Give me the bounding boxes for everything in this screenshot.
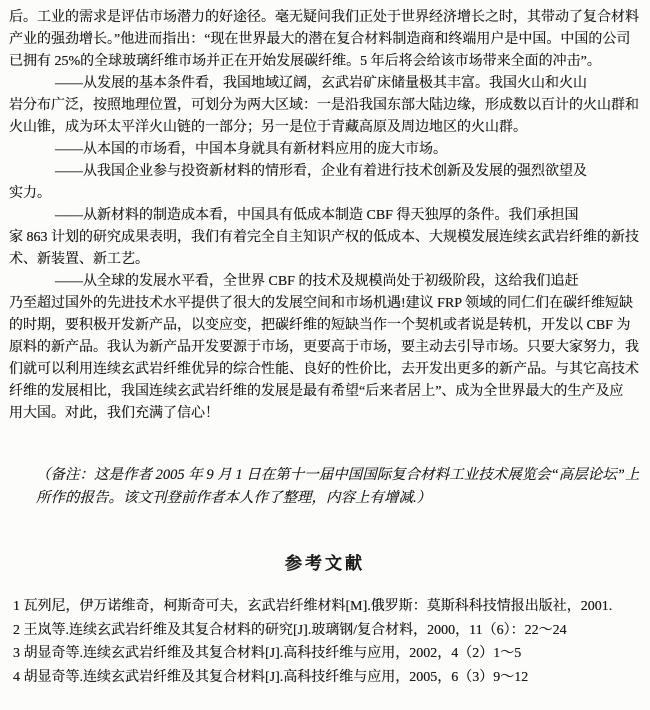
body-paragraph: 后。工业的需求是评估市场潜力的好途径。毫无疑问我们正处于世界经济增长之时，其带动…: [9, 7, 645, 73]
text-line: 实力。: [9, 183, 645, 205]
text-line: ——从我国企业参与投资新材料的情形看，企业有着进行技术创新及发展的强烈欲望及: [9, 161, 645, 183]
text-line: 家 863 计划的研究成果表明，我们有着完全自主知识产权的低成本、大规模发展连续…: [9, 227, 645, 249]
reference-item: 3 胡显奇等.连续玄武岩纤维及其复合材料[J].高科技纤维与应用，2002，4（…: [13, 642, 645, 666]
text-line: 岩分布广泛，按照地理位置，可划分为两大区域：一是沿我国东部大陆边缘，形成数以百计…: [9, 95, 645, 117]
text-line: 火山锥，成为环太平洋火山链的一部分；另一是位于青藏高原及周边地区的火山群。: [9, 117, 645, 139]
text-line: ——从本国的市场看，中国本身就具有新材料应用的庞大市场。: [9, 139, 645, 161]
body-paragraph: ——从我国企业参与投资新材料的情形看，企业有着进行技术创新及发展的强烈欲望及实力…: [9, 161, 645, 205]
text-line: ——从发展的基本条件看，我国地域辽阔，玄武岩矿床储量极其丰富。我国火山和火山: [9, 73, 645, 95]
editor-note: （备注：这是作者 2005 年 9 月 1 日在第十一届中国国际复合材料工业技术…: [36, 464, 636, 510]
text-line: 乃至超过国外的先进技术水平提供了很大的发展空间和市场机遇!建议 FRP 领域的同…: [9, 293, 645, 315]
body-text: 后。工业的需求是评估市场潜力的好途径。毫无疑问我们正处于世界经济增长之时，其带动…: [9, 7, 645, 425]
text-line: 产业的强劲增长。”他进而指出：“现在世界最大的潜在复合材料制造商和终端用户是中国…: [9, 29, 645, 51]
text-line: ——从全球的发展水平看，全世界 CBF 的技术及规模尚处于初级阶段，这给我们追赶: [9, 271, 645, 293]
body-paragraph: ——从全球的发展水平看，全世界 CBF 的技术及规模尚处于初级阶段，这给我们追赶…: [9, 271, 645, 425]
text-line: 们就可以利用连续玄武岩纤维优异的综合性能、良好的性价比，去开发出更多的新产品。与…: [9, 359, 645, 381]
body-paragraph: ——从本国的市场看，中国本身就具有新材料应用的庞大市场。: [9, 139, 645, 161]
body-paragraph: ——从发展的基本条件看，我国地域辽阔，玄武岩矿床储量极其丰富。我国火山和火山岩分…: [9, 73, 645, 139]
text-line: 术、新装置、新工艺。: [9, 249, 645, 271]
note-line: （备注：这是作者 2005 年 9 月 1 日在第十一届中国国际复合材料工业技术…: [36, 464, 636, 487]
text-line: 用大国。对此，我们充满了信心！: [9, 403, 645, 425]
reference-item: 1 瓦列尼，伊万诺维奇，柯斯奇可夫，玄武岩纤维材料[M].俄罗斯：莫斯科科技情报…: [13, 595, 645, 619]
text-line: 原料的新产品。我认为新产品开发要源于市场，更要高于市场，要主动去引导市场。只要大…: [9, 337, 645, 359]
text-line: 已拥有 25%的全球玻璃纤维市场并正在开始发展碳纤维。5 年后将会给该市场带来全…: [9, 51, 645, 73]
body-paragraph: ——从新材料的制造成本看，中国具有低成本制造 CBF 得天独厚的条件。我们承担国…: [9, 205, 645, 271]
reference-item: 4 胡显奇等.连续玄武岩纤维及其复合材料[J].高科技纤维与应用，2005，6（…: [13, 666, 645, 690]
text-line: 纤维的发展相比，我国连续玄武岩纤维的发展是最有希望“后来者居上”、成为全世界最大…: [9, 381, 645, 403]
text-line: ——从新材料的制造成本看，中国具有低成本制造 CBF 得天独厚的条件。我们承担国: [9, 205, 645, 227]
references-heading: 参考文献: [0, 549, 650, 574]
text-line: 的时期，要积极开发新产品，以变应变，把碳纤维的短缺当作一个契机或者说是转机，开发…: [9, 315, 645, 337]
reference-item: 2 王岚等.连续玄武岩纤维及其复合材料的研究[J].玻璃钢/复合材料，2000，…: [13, 619, 645, 643]
note-line: 所作的报告。该文刊登前作者本人作了整理，内容上有增减.）: [36, 487, 636, 510]
text-line: 后。工业的需求是评估市场潜力的好途径。毫无疑问我们正处于世界经济增长之时，其带动…: [9, 7, 645, 29]
references-list: 1 瓦列尼，伊万诺维奇，柯斯奇可夫，玄武岩纤维材料[M].俄罗斯：莫斯科科技情报…: [13, 595, 645, 689]
document-page: 后。工业的需求是评估市场潜力的好途径。毫无疑问我们正处于世界经济增长之时，其带动…: [0, 0, 650, 710]
